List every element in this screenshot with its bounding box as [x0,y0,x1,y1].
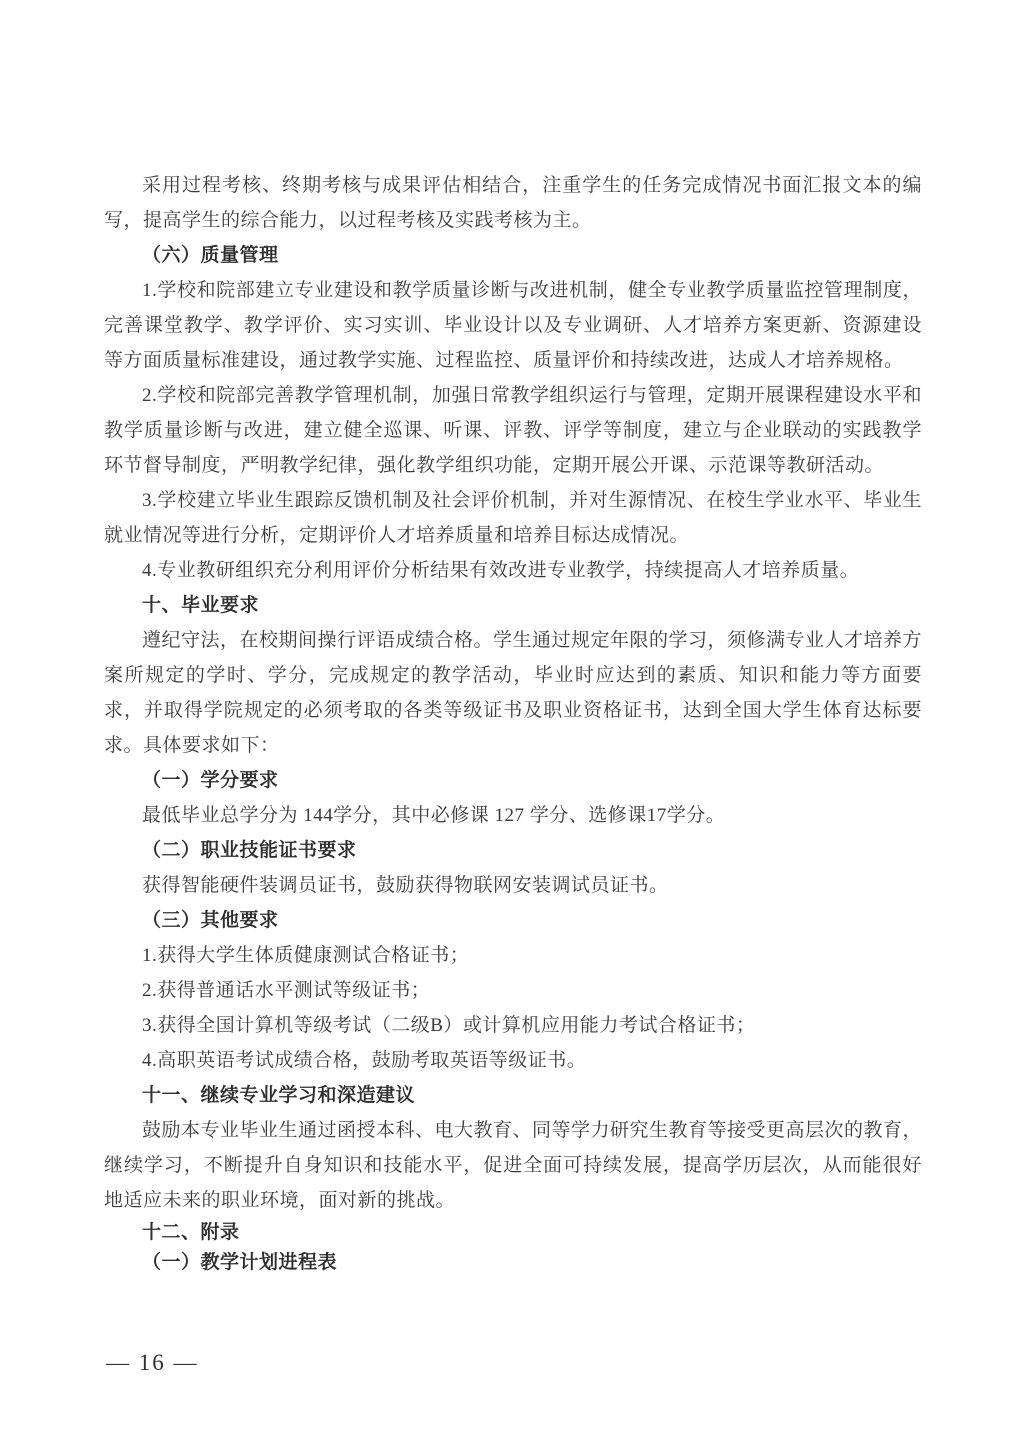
section-heading-appendix: 十二、附录 [104,1218,922,1248]
paragraph-other-requirement-2: 2.获得普通话水平测试等级证书； [104,973,922,1008]
paragraph-graduation-overview: 遵纪守法，在校期间操行评语成绩合格。学生通过规定年限的学习，须修满专业人才培养方… [104,623,922,763]
section-heading-credit-requirements: （一）学分要求 [104,763,922,798]
document-content: 采用过程考核、终期考核与成果评估相结合，注重学生的任务完成情况书面汇报文本的编写… [104,168,922,1278]
document-page: 采用过程考核、终期考核与成果评估相结合，注重学生的任务完成情况书面汇报文本的编写… [0,0,1024,1448]
paragraph-credit-requirements: 最低毕业总学分为 144学分，其中必修课 127 学分、选修课17学分。 [104,798,922,833]
section-heading-quality-management: （六）质量管理 [104,238,922,273]
paragraph-quality-item-2: 2.学校和院部完善教学管理机制，加强日常教学组织运行与管理，定期开展课程建设水平… [104,378,922,483]
section-heading-further-study: 十一、继续专业学习和深造建议 [104,1078,922,1113]
paragraph-other-requirement-4: 4.高职英语考试成绩合格，鼓励考取英语等级证书。 [104,1043,922,1078]
paragraph-further-study: 鼓励本专业毕业生通过函授本科、电大教育、同等学力研究生教育等接受更高层次的教育，… [104,1113,922,1218]
section-heading-teaching-plan-table: （一）教学计划进程表 [104,1248,922,1278]
page-number: — 16 — [106,1350,199,1376]
paragraph-other-requirement-3: 3.获得全国计算机等级考试（二级B）或计算机应用能力考试合格证书； [104,1008,922,1043]
paragraph-quality-item-3: 3.学校建立毕业生跟踪反馈机制及社会评价机制，并对生源情况、在校生学业水平、毕业… [104,483,922,553]
paragraph-quality-item-1: 1.学校和院部建立专业建设和教学质量诊断与改进机制，健全专业教学质量监控管理制度… [104,273,922,378]
section-heading-graduation-requirements: 十、毕业要求 [104,588,922,623]
paragraph-assessment-method: 采用过程考核、终期考核与成果评估相结合，注重学生的任务完成情况书面汇报文本的编写… [104,168,922,238]
paragraph-other-requirement-1: 1.获得大学生体质健康测试合格证书； [104,938,922,973]
paragraph-quality-item-4: 4.专业教研组织充分利用评价分析结果有效改进专业教学，持续提高人才培养质量。 [104,553,922,588]
section-heading-vocational-certificate: （二）职业技能证书要求 [104,833,922,868]
paragraph-vocational-certificate: 获得智能硬件装调员证书，鼓励获得物联网安装调试员证书。 [104,868,922,903]
section-heading-other-requirements: （三）其他要求 [104,903,922,938]
